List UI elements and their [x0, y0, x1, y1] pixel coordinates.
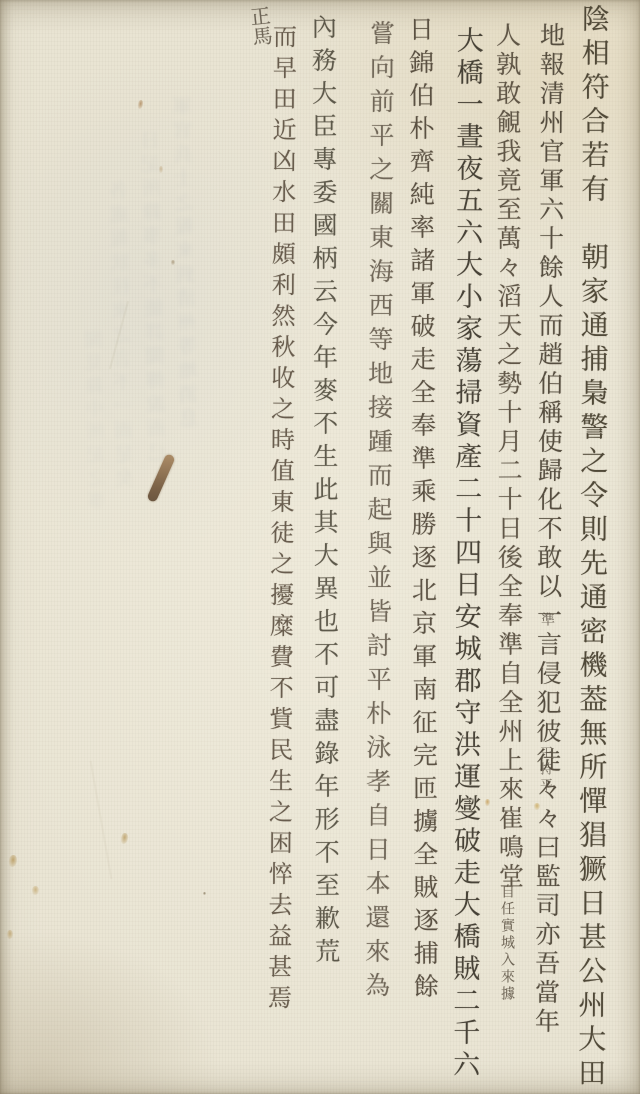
manuscript-column-8: 而早田近凶水田頗利然秋收之時值東徒之擾糜費不貲民生之困悴去益甚焉: [265, 24, 294, 1016]
gloss-imsil: 自任實城入來據: [500, 884, 514, 1003]
manuscript-page: 軍官兵士之報來到清州等地消息日記所錄事多不能詳聞傳說而已各處報狀往來之言不一而足…: [0, 0, 640, 1094]
verso-bleedthrough-column-4: 聞見錄中所記之事: [86, 330, 108, 514]
paper-speck-6: [120, 833, 128, 845]
manuscript-column-7: 內務大臣專委國柄云今年麥不生此其大異也不可盡錄年形不至歉荒: [310, 14, 338, 971]
manuscript-column-6: 嘗向前平之關東海西等地接踵而起與並皆討平朴泳孝自日本還來為: [363, 20, 393, 1006]
corner-mark-glyph: 正馬: [248, 5, 272, 47]
paper-speck-8: [32, 886, 39, 895]
manuscript-column-4: 大橋一晝夜五六大小家蕩掃資產二十四日安城郡守洪運燮破走大橋賊二千六: [450, 26, 481, 1082]
paper-speck-1: [137, 100, 143, 110]
gloss-insert-jun: 準: [540, 612, 554, 628]
paper-speck-9: [203, 892, 206, 895]
paper-speck-4: [485, 799, 490, 806]
verso-bleedthrough-column-3: 各處報狀往來之言不一而足矣: [111, 180, 137, 492]
manuscript-column-5: 日錦伯朴齊純率諸軍破走全奉準乘勝逐北京軍南征完匝擄全賊逐捕餘: [407, 16, 437, 1006]
manuscript-column-3: 人孰敢覦我竟至萬々滔天之勢十月二十日後全奉準自全州上來崔鳴堂: [494, 22, 522, 892]
manuscript-column-1: 陰相符合若有 朝家通捕梟警之令則先通密機葢無所憚猖獗日甚公州大田: [576, 4, 608, 1092]
gloss-wang-jipyeong: 王持平: [538, 746, 551, 794]
paper-speck-10: [7, 930, 13, 939]
verso-bleedthrough-column-2: 日記所錄事多不能詳聞傳說而已: [142, 130, 168, 466]
manuscript-column-2: 地報清州官軍六十餘人而趙伯稱使歸化不敢以一言侵犯彼徒々々曰監司亦吾當年: [533, 22, 563, 1037]
paper-speck-7: [8, 855, 17, 868]
verso-bleedthrough-column-1: 軍官兵士之報來到清州等地消息: [174, 96, 200, 432]
paper-crease-2: [90, 761, 112, 879]
paper-speck-3: [171, 260, 175, 265]
